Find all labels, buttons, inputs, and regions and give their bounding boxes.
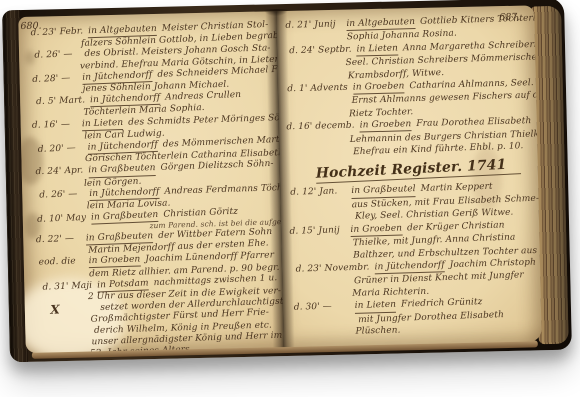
line-text: Maria Richterin. bbox=[352, 285, 429, 299]
place-underline: in Lieten bbox=[82, 118, 124, 131]
line-date: d. 26' — bbox=[39, 189, 84, 203]
line-date: d. 12' Jan. bbox=[290, 186, 346, 201]
line-date bbox=[44, 326, 89, 339]
line-date: d. 24' Septbr. bbox=[289, 43, 352, 58]
open-book: 680. d. 23' Febr. in Altgebauten Meister… bbox=[2, 0, 572, 362]
place-underline: in Lieten bbox=[356, 42, 398, 56]
right-page: 687. d. 21' Junij in Altgebauten Gottlie… bbox=[276, 5, 542, 347]
line-date bbox=[38, 292, 83, 305]
line-text: Plüschen. bbox=[355, 324, 400, 338]
burial-entries-1741: d. 21' Junij in Altgebauten Gottlieb Kit… bbox=[285, 13, 535, 161]
line-date: d. 1' Advents bbox=[287, 82, 348, 97]
left-page: 680. d. 23' Febr. in Altgebauten Meister… bbox=[18, 11, 284, 353]
line-date bbox=[39, 269, 84, 282]
place-underline: in Groeben bbox=[353, 80, 405, 95]
place-underline: in Groeben bbox=[89, 255, 141, 269]
line-date bbox=[34, 131, 79, 144]
line-date bbox=[291, 96, 347, 110]
line-date: d. 15' Junij bbox=[289, 224, 345, 239]
register-heading-row: Hochzeit Register. 1741 bbox=[316, 158, 536, 183]
manuscript-left: d. 23' Febr. in Altgebauten Meister Chri… bbox=[31, 20, 284, 352]
line-date: eod. die bbox=[39, 257, 84, 271]
line-date bbox=[292, 147, 348, 161]
line-date bbox=[291, 288, 347, 302]
place-underline: in Lieten bbox=[355, 299, 397, 314]
place-underline: in Jütchendorff bbox=[89, 187, 160, 201]
line-date: d. 16' — bbox=[32, 119, 77, 133]
page-number-left: 680. bbox=[20, 21, 41, 32]
line-date bbox=[284, 57, 340, 71]
line-date bbox=[294, 211, 350, 225]
gutter-top-notch bbox=[258, 9, 294, 20]
marriage-entries-1741: d. 12' Jan. in Graßbeutel Martin Keppert… bbox=[290, 180, 540, 340]
line-date bbox=[289, 134, 345, 148]
line-date bbox=[292, 249, 348, 263]
line-date bbox=[41, 337, 86, 350]
manuscript-right: d. 21' Junij in Altgebauten Gottlieb Kit… bbox=[285, 13, 541, 346]
register-heading: Hochzeit Register. 1741 bbox=[315, 157, 520, 185]
line-date bbox=[30, 61, 75, 74]
line-date: d. 26' — bbox=[34, 50, 79, 63]
line-date bbox=[294, 326, 350, 340]
line-date: d. 22' — bbox=[36, 234, 81, 248]
place-underline: in Groeben bbox=[360, 118, 412, 133]
line-date: d. 24' Apr. bbox=[35, 166, 83, 180]
page-spread: 680. d. 23' Febr. in Altgebauten Meister… bbox=[18, 5, 541, 353]
line-date: d. 16' decemb. bbox=[286, 120, 355, 135]
line-date: d. 30' — bbox=[294, 300, 350, 315]
line-date bbox=[33, 84, 78, 97]
line-date bbox=[35, 155, 80, 168]
page-number-right: 687. bbox=[499, 12, 520, 23]
